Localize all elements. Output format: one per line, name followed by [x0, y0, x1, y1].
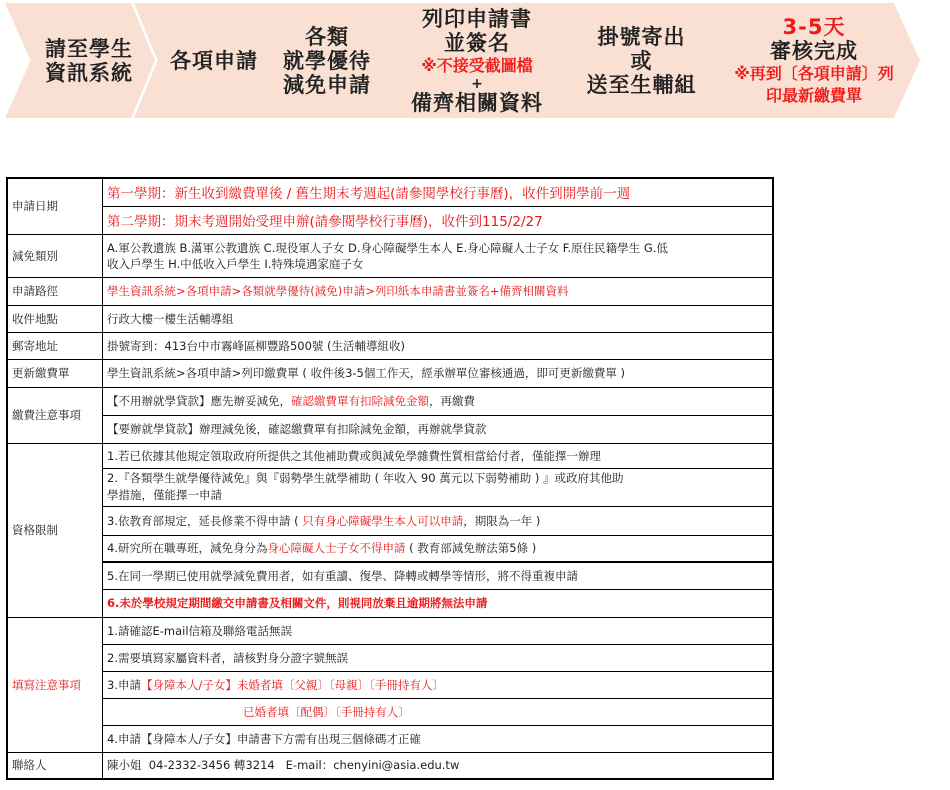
location-value: 行政大樓一樓生活輔導組: [103, 305, 774, 332]
path-value: 學生資訊系統>各項申請>各類就學優待(減免)申請>列印紙本申請書並簽名+備齊相關…: [103, 277, 774, 305]
table-row-fill-3-cont: 已婚者填〔配偶〕〔手冊持有人〕: [7, 698, 773, 725]
date-semester2: 第二學期：期末考週開始受理申辦(請參閱學校行事曆)，收件到115/2/27: [103, 206, 774, 234]
table-row-path: 申請路徑 學生資訊系統>各項申請>各類就學優待(減免)申請>列印紙本申請書並簽名…: [7, 277, 773, 305]
table-row-contact: 聯絡人 陳小姐 04-2332-3456 轉3214 E-mail：chenyi…: [7, 752, 773, 779]
fee-item1-b: 確認繳費單有扣除減免金額: [291, 394, 429, 408]
label-qualification: 資格限制: [7, 443, 103, 617]
table-row-mail: 郵寄地址 掛號寄到：413台中市霧峰區柳豐路500號 (生活輔導組收): [7, 332, 773, 359]
table-row-qual-6: 6.未於學校規定期間繳交申請書及相關文件，則視同放棄且逾期將無法申請: [7, 589, 773, 617]
label-contact: 聯絡人: [7, 752, 103, 779]
fill-item1: 1.請確認E-mail信箱及聯絡電話無誤: [103, 617, 774, 644]
flow-step-5: 掛號寄出 或 送至生輔組: [545, 3, 730, 118]
table-row-qual-5: 5.在同一學期已使用就學減免費用者，如有重讀、復學、降轉或轉學等情形，將不得重複…: [7, 562, 773, 589]
table-row-location: 收件地點 行政大樓一樓生活輔導組: [7, 305, 773, 332]
qual-item4: 4.研究所在職專班，減免身分為身心障礙人士子女不得申請 ( 教育部減免辦法第5條…: [103, 535, 774, 562]
fee-item1-c: ，再繳費: [429, 394, 475, 408]
flow-step-3-line2: 就學優待: [283, 49, 371, 73]
qual-item4-b: 身心障礙人士子女不得申請: [267, 541, 405, 555]
flow-step-4: 列印申請書 並簽名 ※不接受截圖檔 + 備齊相關資料: [375, 3, 575, 118]
fill-item3-b: 【身障本人/子女】未婚者填〔父親〕〔母親〕〔手冊持有人〕: [141, 678, 444, 692]
qual-item4-a: 4.研究所在職專班，減免身分為: [107, 541, 267, 555]
flow-step-3-line1: 各類: [305, 25, 349, 49]
label-location: 收件地點: [7, 305, 103, 332]
fee-item1: 【不用辦就學貸款】應先辦妥減免，確認繳費單有扣除減免金額，再繳費: [103, 387, 774, 415]
label-update: 更新繳費單: [7, 359, 103, 387]
flow-step-2-line1: 各項申請: [170, 49, 258, 73]
fee-item1-a: 【不用辦就學貸款】應先辦妥減免，: [107, 394, 291, 408]
flow-step-1: 請至學生 資訊系統: [5, 3, 155, 118]
qual-item3-a: 3.依教育部規定，延長修業不得申請 (: [107, 514, 302, 528]
flow-step-3-line3: 減免申請: [283, 73, 371, 97]
flow-step-1-line1: 請至學生: [45, 37, 133, 61]
fill-item3: 3.申請【身障本人/子女】未婚者填〔父親〕〔母親〕〔手冊持有人〕: [103, 671, 774, 698]
category-line1: A.軍公教遺族 B.滿軍公教遺族 C.現役軍人子女 D.身心障礙學生本人 E.身…: [107, 240, 768, 256]
qual-item4-c: ( 教育部減免辦法第5條 ): [405, 541, 536, 555]
table-row-fee-1: 繳費注意事項 【不用辦就學貸款】應先辦妥減免，確認繳費單有扣除減免金額，再繳費: [7, 387, 773, 415]
flow-step-4-line1: 列印申請書: [422, 7, 532, 31]
qual-item2: 2.『各類學生就學優待減免』與『弱勢學生就學補助 ( 年收入 90 萬元以下弱勢…: [103, 468, 774, 506]
label-path: 申請路徑: [7, 277, 103, 305]
table-row-date-sem1: 申請日期 第一學期：新生收到繳費單後 / 舊生期末考週起(請參閱學校行事曆)，收…: [7, 178, 773, 206]
table-row-qual-2: 2.『各類學生就學優待減免』與『弱勢學生就學補助 ( 年收入 90 萬元以下弱勢…: [7, 468, 773, 506]
category-value: A.軍公教遺族 B.滿軍公教遺族 C.現役軍人子女 D.身心障礙學生本人 E.身…: [103, 234, 774, 277]
table-row-fill-1: 填寫注意事項 1.請確認E-mail信箱及聯絡電話無誤: [7, 617, 773, 644]
flow-step-4-note: ※不接受截圖檔: [421, 55, 533, 77]
label-category: 減免類別: [7, 234, 103, 277]
label-fee: 繳費注意事項: [7, 387, 103, 443]
qual-item1: 1.若已依據其他規定領取政府所提供之其他補助費或與減免學雜費性質相當給付者，僅能…: [103, 443, 774, 468]
application-info-table: 申請日期 第一學期：新生收到繳費單後 / 舊生期末考週起(請參閱學校行事曆)，收…: [6, 177, 774, 780]
table-row-qual-3: 3.依教育部規定，延長修業不得申請 ( 只有身心障礙學生本人可以申請，期限為一年…: [7, 506, 773, 535]
fill-item3-a: 3.申請: [107, 678, 141, 692]
flow-step-6-head: 3-5天: [783, 15, 846, 39]
table-row-fill-3: 3.申請【身障本人/子女】未婚者填〔父親〕〔母親〕〔手冊持有人〕: [7, 671, 773, 698]
flow-step-6: 3-5天 審核完成 ※再到〔各項申請〕列 印最新繳費單: [702, 3, 920, 118]
flow-step-4-line2: 並簽名: [444, 31, 510, 55]
qual-item5: 5.在同一學期已使用就學減免費用者，如有重讀、復學、降轉或轉學等情形，將不得重複…: [103, 562, 774, 589]
label-date: 申請日期: [7, 178, 103, 234]
flow-step-5-line3: 送至生輔組: [587, 73, 697, 97]
flow-step-4-plus: +: [471, 77, 483, 91]
flow-step-6-line1: 審核完成: [770, 39, 858, 63]
qual-item6: 6.未於學校規定期間繳交申請書及相關文件，則視同放棄且逾期將無法申請: [103, 589, 774, 617]
process-flow: 請至學生 資訊系統 各項申請 各類 就學優待 減免申請 列印申請書 並簽名 ※不…: [0, 0, 950, 125]
contact-value: 陳小姐 04-2332-3456 轉3214 E-mail：chenyini@a…: [103, 752, 774, 779]
flow-step-5-line1: 掛號寄出: [598, 25, 686, 49]
flow-step-4-tail: 備齊相關資料: [411, 91, 543, 115]
label-fill: 填寫注意事項: [7, 617, 103, 752]
table-row-qual-1: 資格限制 1.若已依據其他規定領取政府所提供之其他補助費或與減免學雜費性質相當給…: [7, 443, 773, 468]
date-semester1: 第一學期：新生收到繳費單後 / 舊生期末考週起(請參閱學校行事曆)，收件到開學前…: [103, 178, 774, 206]
flow-step-5-line2: 或: [631, 49, 653, 73]
fee-item2: 【要辦就學貸款】辦理減免後，確認繳費單有扣除減免金額，再辦就學貸款: [103, 415, 774, 443]
update-value: 學生資訊系統>各項申請>列印繳費單 ( 收件後3-5個工作天，經承辦單位審核通過…: [103, 359, 774, 387]
table-row-category: 減免類別 A.軍公教遺族 B.滿軍公教遺族 C.現役軍人子女 D.身心障礙學生本…: [7, 234, 773, 277]
fill-item3-cont: 已婚者填〔配偶〕〔手冊持有人〕: [103, 698, 774, 725]
label-mail: 郵寄地址: [7, 332, 103, 359]
table-row-fill-4: 4.申請【身障本人/子女】申請書下方需有出現三個條碼才正確: [7, 725, 773, 752]
category-line2: 收入戶學生 H.中低收入戶學生 I.特殊境遇家庭子女: [107, 256, 768, 272]
qual-item3-c: ，期限為一年 ): [463, 514, 540, 528]
qual-item3-b: 只有身心障礙學生本人可以申請: [302, 514, 463, 528]
table-row-qual-4: 4.研究所在職專班，減免身分為身心障礙人士子女不得申請 ( 教育部減免辦法第5條…: [7, 535, 773, 562]
fill-item4: 4.申請【身障本人/子女】申請書下方需有出現三個條碼才正確: [103, 725, 774, 752]
qual-item2-line2: 學措施，僅能擇一申請: [107, 487, 768, 504]
table-row-fill-2: 2.需要填寫家屬資料者，請核對身分證字號無誤: [7, 644, 773, 671]
flow-step-6-note2: 印最新繳費單: [766, 85, 862, 107]
table-row-update: 更新繳費單 學生資訊系統>各項申請>列印繳費單 ( 收件後3-5個工作天，經承辦…: [7, 359, 773, 387]
qual-item3: 3.依教育部規定，延長修業不得申請 ( 只有身心障礙學生本人可以申請，期限為一年…: [103, 506, 774, 535]
table-row-date-sem2: 第二學期：期末考週開始受理申辦(請參閱學校行事曆)，收件到115/2/27: [7, 206, 773, 234]
fill-item2: 2.需要填寫家屬資料者，請核對身分證字號無誤: [103, 644, 774, 671]
flow-step-6-note: ※再到〔各項申請〕列: [734, 63, 894, 85]
qual-item2-line1: 2.『各類學生就學優待減免』與『弱勢學生就學補助 ( 年收入 90 萬元以下弱勢…: [107, 470, 768, 487]
mail-value: 掛號寄到：413台中市霧峰區柳豐路500號 (生活輔導組收): [103, 332, 774, 359]
flow-step-1-line2: 資訊系統: [45, 61, 133, 85]
table-row-fee-2: 【要辦就學貸款】辦理減免後，確認繳費單有扣除減免金額，再辦就學貸款: [7, 415, 773, 443]
